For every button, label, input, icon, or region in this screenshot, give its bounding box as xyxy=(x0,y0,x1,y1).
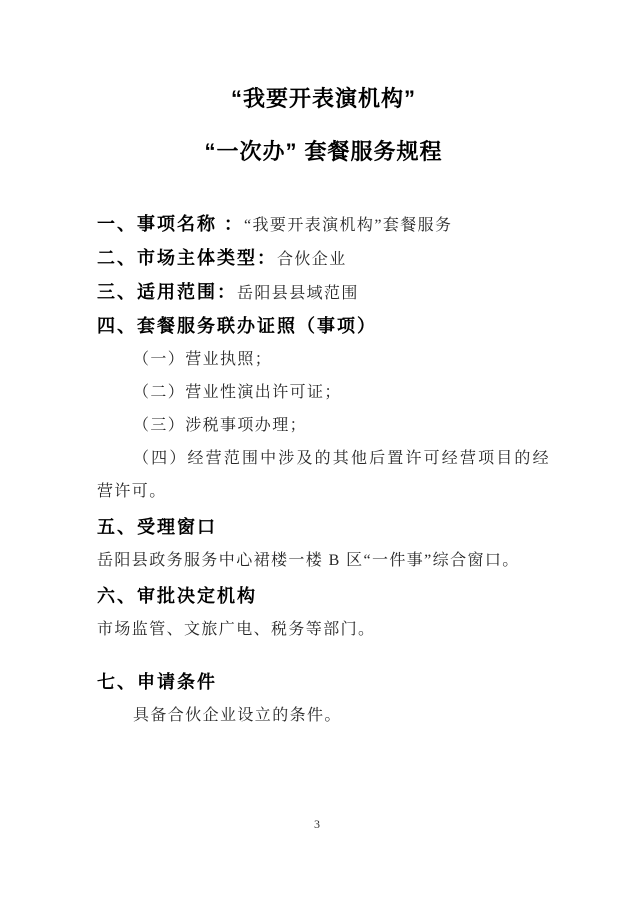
section-2-label: 二、市场主体类型： xyxy=(97,248,277,268)
document-title: “我要开表演机构” “一次办” 套餐服务规程 xyxy=(97,85,550,166)
document-page: “我要开表演机构” “一次办” 套餐服务规程 一、事项名称 ：“我要开表演机构”… xyxy=(0,0,634,898)
section-4-heading: 四、套餐服务联办证照（事项） xyxy=(97,310,550,343)
section-4-item-4: （四）经营范围中涉及的其他后置许可经营项目的经营许可。 xyxy=(97,442,550,508)
section-7-body: 具备合伙企业设立的条件。 xyxy=(97,699,550,732)
section-4-item-3: （三）涉税事项办理； xyxy=(97,409,550,442)
section-2-line: 二、市场主体类型：合伙企业 xyxy=(97,242,550,276)
section-3-line: 三、适用范围：岳阳县县域范围 xyxy=(97,276,550,310)
section-1-line: 一、事项名称 ：“我要开表演机构”套餐服务 xyxy=(97,208,550,242)
section-3-value: 岳阳县县域范围 xyxy=(237,285,359,302)
section-4-item-2: （二）营业性演出许可证； xyxy=(97,376,550,409)
section-5-heading: 五、受理窗口 xyxy=(97,511,550,544)
section-6-heading: 六、审批决定机构 xyxy=(97,580,550,613)
page-number: 3 xyxy=(314,817,320,831)
section-1-label: 一、事项名称 ： xyxy=(97,214,244,234)
title-line-2: “一次办” 套餐服务规程 xyxy=(97,138,550,166)
section-5-body: 岳阳县政务服务中心裙楼一楼 B 区“一件事”综合窗口。 xyxy=(97,544,550,577)
section-1-value: “我要开表演机构”套餐服务 xyxy=(244,217,452,234)
section-6-body: 市场监管、文旅广电、税务等部门。 xyxy=(97,613,550,646)
document-content: “我要开表演机构” “一次办” 套餐服务规程 一、事项名称 ：“我要开表演机构”… xyxy=(0,0,634,732)
section-3-label: 三、适用范围： xyxy=(97,282,237,302)
document-body: 一、事项名称 ：“我要开表演机构”套餐服务 二、市场主体类型：合伙企业 三、适用… xyxy=(97,208,550,732)
title-line-1: “我要开表演机构” xyxy=(97,85,550,113)
section-4-item-1: （一）营业执照； xyxy=(97,343,550,376)
section-7-heading: 七、申请条件 xyxy=(97,666,550,699)
page-footer: 3 xyxy=(0,814,634,834)
section-2-value: 合伙企业 xyxy=(277,251,347,268)
